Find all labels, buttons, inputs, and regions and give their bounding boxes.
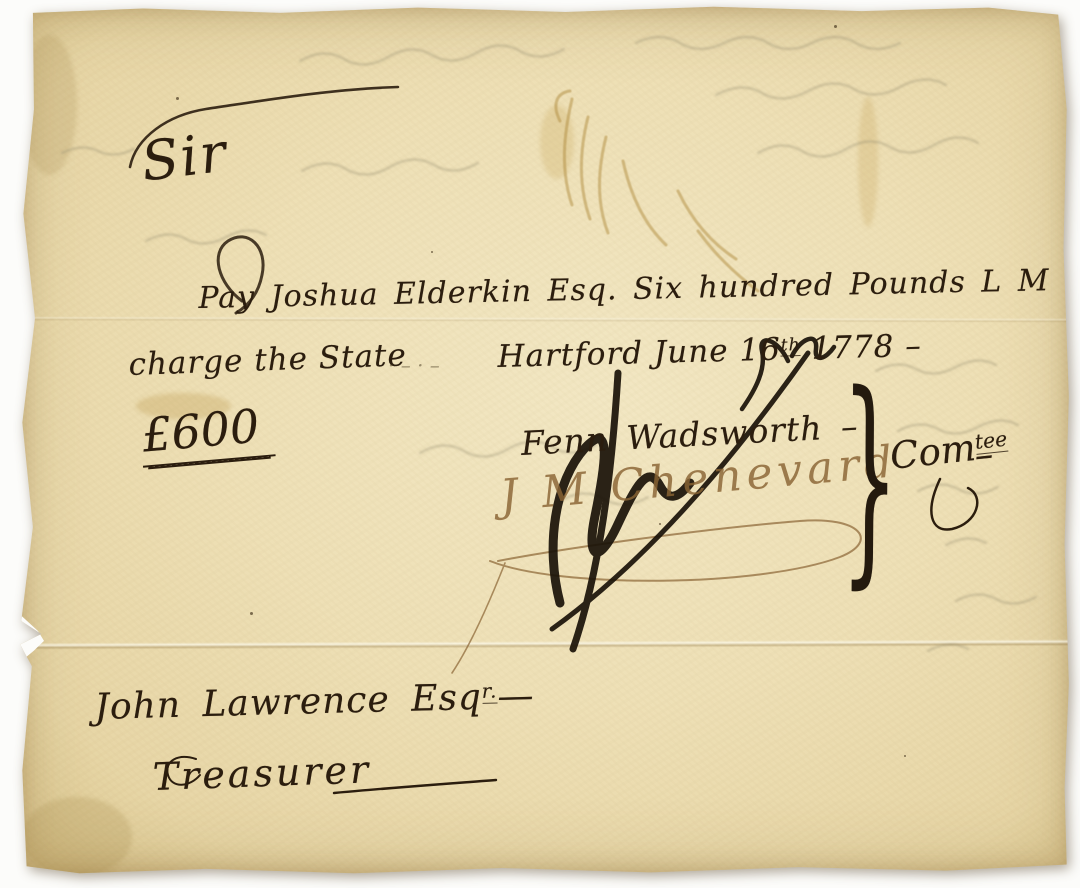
- date-ordinal-sup: th: [780, 335, 800, 357]
- scan-background: Sir Pay Joshua Elderkin Esq. Six hundred…: [0, 0, 1080, 888]
- offset-signature-ghost: [556, 91, 758, 291]
- edge-shading: [22, 35, 77, 175]
- body-line1: Pay Joshua Elderkin Esq. Six hundred Pou…: [198, 261, 1080, 316]
- body-line2-left: charge the State: [128, 337, 407, 383]
- document-paper: Sir Pay Joshua Elderkin Esq. Six hundred…: [16, 5, 1073, 875]
- ink-speck: [250, 612, 253, 615]
- second-signature-flourish: [452, 520, 861, 673]
- ink-speck: [834, 25, 837, 28]
- edge-tear: [14, 609, 44, 667]
- ink-speck: [176, 97, 179, 100]
- salutation: Sir: [138, 121, 231, 194]
- ink-speck: [431, 251, 433, 253]
- document-paper-wrap: Sir Pay Joshua Elderkin Esq. Six hundred…: [0, 0, 1080, 888]
- committee-brace: }: [840, 365, 899, 592]
- ink-speck: [659, 523, 661, 525]
- fold-crease-minor: [16, 316, 1073, 323]
- ink-speck: [904, 755, 906, 757]
- ink-stain: [540, 105, 574, 179]
- amount: £600: [138, 397, 276, 467]
- addressee-sup: r.: [481, 680, 497, 704]
- addressee-dash: —: [497, 675, 535, 717]
- committee-underloop: [931, 479, 977, 529]
- fold-crease-major: [16, 639, 1073, 650]
- corner-shading: [22, 797, 132, 877]
- addressee-main: John Lawrence Esq: [94, 677, 482, 728]
- place-date-pre: Hartford June 16: [497, 332, 781, 375]
- addressee-name: John Lawrence Esqr.—: [94, 675, 535, 728]
- line-filler-dashes: · – · –: [388, 353, 440, 377]
- ink-stain: [858, 97, 878, 227]
- addressee-title: Treasurer: [152, 747, 372, 799]
- committee-label: Comtee–: [888, 421, 1028, 478]
- committee-main: Com: [888, 426, 978, 478]
